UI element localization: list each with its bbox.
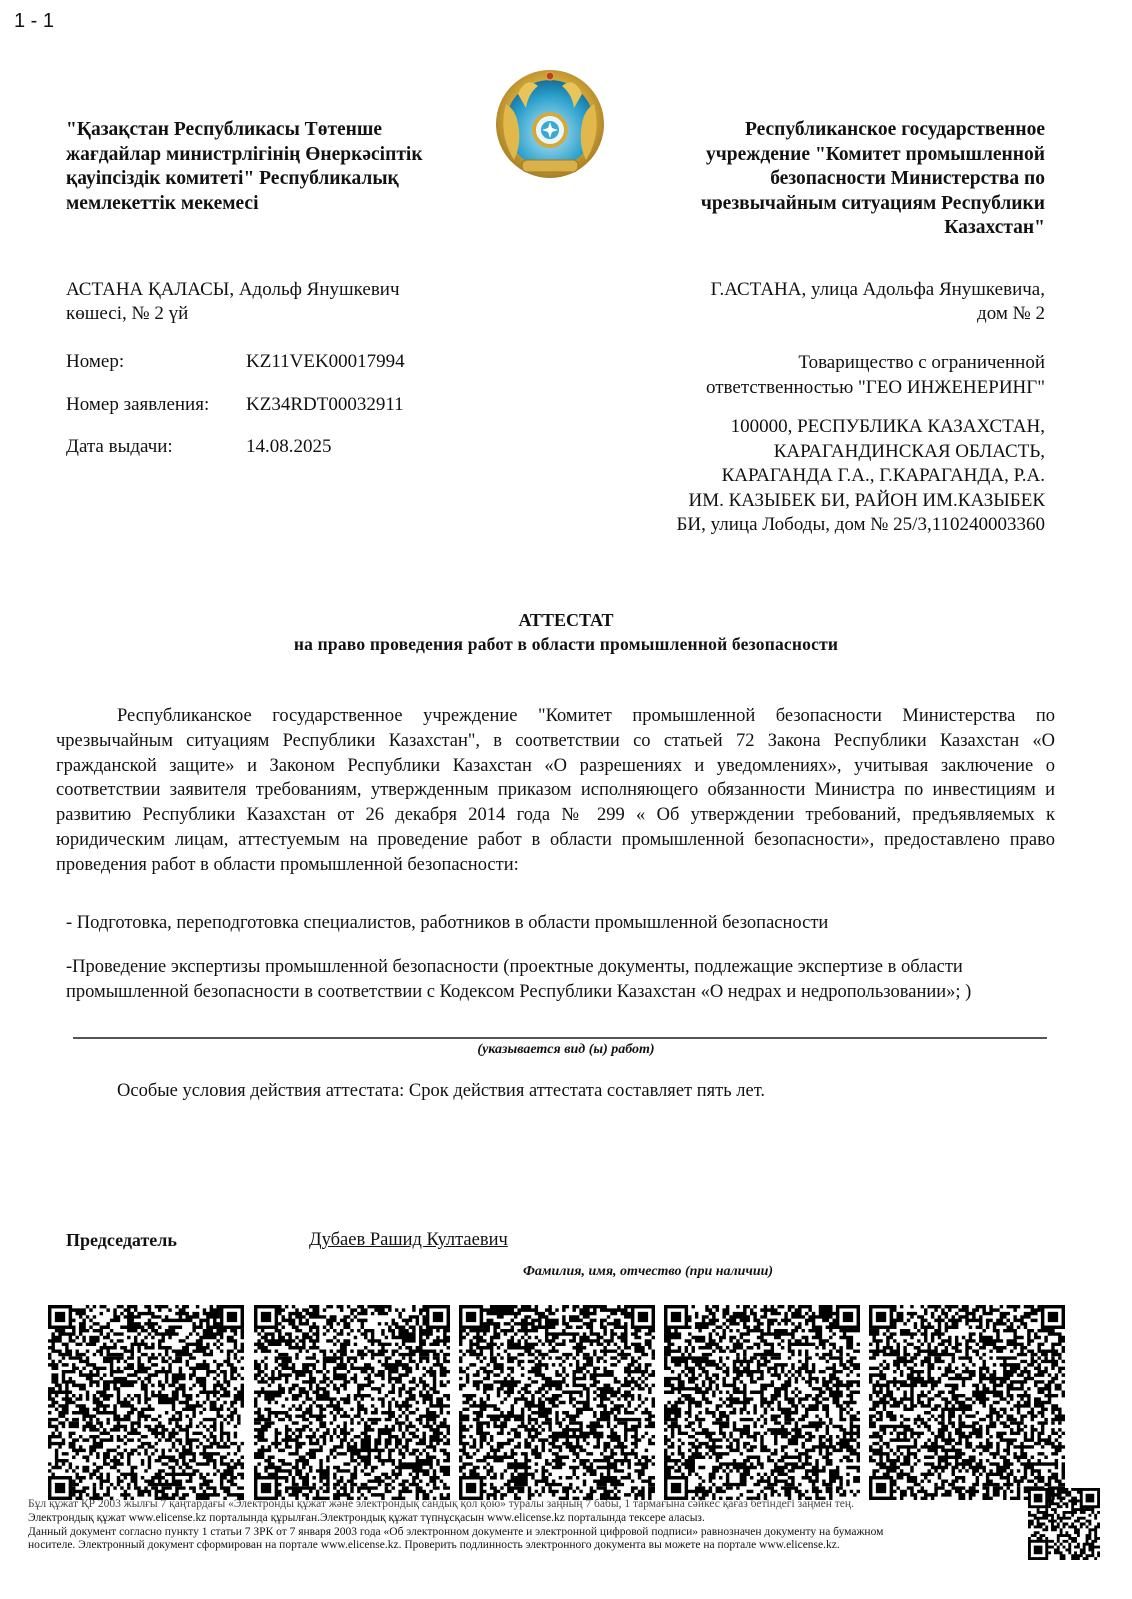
- field-label: Номер заявления:: [66, 394, 246, 416]
- signatory-position: Председатель: [66, 1230, 177, 1251]
- recipient-name: Товарищество с ограниченной ответственно…: [605, 351, 1045, 400]
- page-indicator: 1 - 1: [14, 10, 54, 33]
- signatory-name: Дубаев Рашид Култаевич: [309, 1230, 508, 1251]
- qr-code-icon: [664, 1305, 860, 1500]
- divider-line: [73, 1037, 1047, 1039]
- field-number: Номер:KZ11VEK00017994: [66, 351, 405, 373]
- issuer-name-russian: Республиканское государственное учрежден…: [640, 118, 1045, 241]
- field-value: 14.08.2025: [246, 436, 332, 457]
- qr-code-icon: [254, 1305, 450, 1500]
- field-label: Номер:: [66, 351, 246, 373]
- legal-footer: Бұл құжат ҚР 2003 жылғы 7 қаңтардағы «Эл…: [28, 1498, 1028, 1553]
- field-application-number: Номер заявления:KZ34RDT00032911: [66, 394, 404, 416]
- issuer-address-kazakh: АСТАНА ҚАЛАСЫ, Адольф Янушкевич көшесі, …: [66, 278, 486, 326]
- field-value: KZ34RDT00032911: [246, 394, 404, 415]
- document-subtitle: на право проведения работ в области пром…: [0, 634, 1132, 655]
- qr-code-icon: [48, 1305, 244, 1500]
- state-emblem-icon: [492, 64, 608, 182]
- field-value: KZ11VEK00017994: [246, 351, 405, 372]
- work-types-caption: (указывается вид (ы) работ): [0, 1042, 1132, 1058]
- special-conditions: Особые условия действия аттестата: Срок …: [117, 1081, 765, 1102]
- document-title: АТТЕСТАТ: [0, 610, 1132, 631]
- signatory-caption: Фамилия, имя, отчество (при наличии): [523, 1264, 773, 1280]
- issuer-name-kazakh: "Қазақстан Республикасы Төтенше жағдайла…: [66, 118, 486, 216]
- small-qr-code-icon: [1028, 1488, 1100, 1560]
- field-issue-date: Дата выдачи:14.08.2025: [66, 436, 332, 458]
- issuer-address-russian: Г.АСТАНА, улица Адольфа Янушкевича, дом …: [620, 278, 1045, 326]
- work-type-item: -Проведение экспертизы промышленной безо…: [66, 955, 1046, 1005]
- qr-code-icon: [459, 1305, 655, 1500]
- body-paragraph: Республиканское государственное учрежден…: [56, 704, 1055, 878]
- recipient-address: 100000, РЕСПУБЛИКА КАЗАХСТАН, КАРАГАНДИН…: [605, 415, 1045, 538]
- qr-code-icon: [869, 1305, 1065, 1500]
- work-type-item: - Подготовка, переподготовка специалисто…: [66, 911, 1046, 936]
- field-label: Дата выдачи:: [66, 436, 246, 458]
